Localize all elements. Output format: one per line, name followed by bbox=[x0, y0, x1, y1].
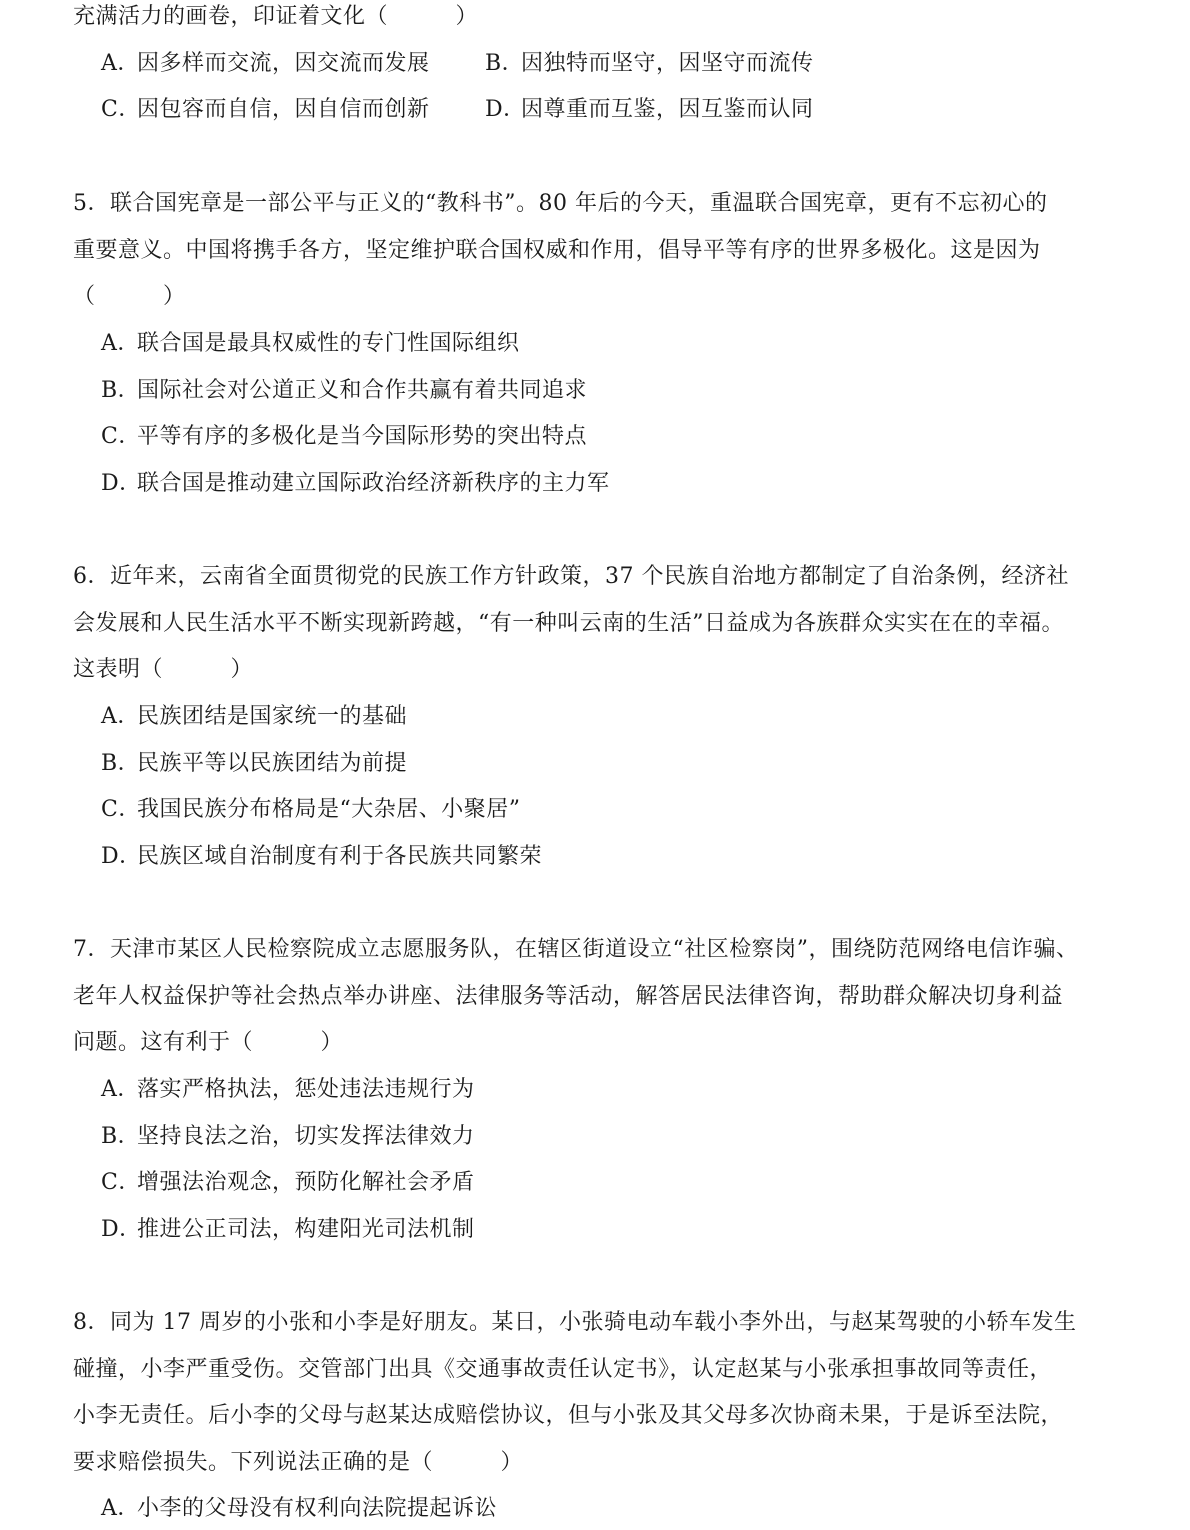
option-text: 联合国是最具权威性的专门性国际组织 bbox=[137, 331, 520, 356]
q6-stem-line-1: 6．近年来，云南省全面贯彻党的民族工作方针政策，37 个民族自治地方都制定了自治… bbox=[73, 562, 1069, 592]
q7-stem-line-3: 问题。这有利于（ ） bbox=[73, 1028, 343, 1058]
option-letter: D． bbox=[101, 842, 137, 872]
q5-option-d[interactable]: D．联合国是推动建立国际政治经济新秩序的主力军 bbox=[101, 469, 610, 499]
q7-option-a[interactable]: A．落实严格执法，惩处违法违规行为 bbox=[101, 1075, 475, 1105]
option-text: 落实严格执法，惩处违法违规行为 bbox=[137, 1077, 475, 1102]
q4-option-d[interactable]: D．因尊重而互鉴，因互鉴而认同 bbox=[485, 95, 814, 125]
q6-option-a[interactable]: A．民族团结是国家统一的基础 bbox=[101, 702, 407, 732]
q5-answer-blank: （ ） bbox=[73, 282, 186, 312]
option-text: 因独特而坚守，因坚守而流传 bbox=[521, 51, 814, 76]
q7-option-c[interactable]: C．增强法治观念，预防化解社会矛盾 bbox=[101, 1168, 475, 1198]
option-text: 推进公正司法，构建阳光司法机制 bbox=[137, 1217, 475, 1242]
q5-option-a[interactable]: A．联合国是最具权威性的专门性国际组织 bbox=[101, 329, 520, 359]
q4-option-c[interactable]: C．因包容而自信，因自信而创新 bbox=[101, 95, 430, 125]
q5-stem-line-2: 重要意义。中国将携手各方，坚定维护联合国权威和作用，倡导平等有序的世界多极化。这… bbox=[73, 236, 1041, 266]
q6-option-b[interactable]: B．民族平等以民族团结为前提 bbox=[101, 749, 407, 779]
option-text: 民族平等以民族团结为前提 bbox=[137, 751, 407, 776]
option-letter: B． bbox=[101, 376, 137, 406]
option-letter: C． bbox=[101, 1168, 137, 1198]
option-letter: D． bbox=[101, 469, 137, 499]
option-letter: B． bbox=[101, 1122, 137, 1152]
option-text: 我国民族分布格局是“大杂居、小聚居” bbox=[137, 797, 521, 822]
q7-stem-line-1: 7．天津市某区人民检察院成立志愿服务队，在辖区街道设立“社区检察岗”，围绕防范网… bbox=[73, 935, 1079, 965]
option-text: 平等有序的多极化是当今国际形势的突出特点 bbox=[137, 424, 587, 449]
option-letter: A． bbox=[101, 702, 137, 732]
q5-option-c[interactable]: C．平等有序的多极化是当今国际形势的突出特点 bbox=[101, 422, 587, 452]
option-letter: B． bbox=[101, 749, 137, 779]
option-text: 小李的父母没有权利向法院提起诉讼 bbox=[137, 1496, 497, 1521]
q5-option-b[interactable]: B．国际社会对公道正义和合作共赢有着共同追求 bbox=[101, 376, 587, 406]
q4-stem-tail: 充满活力的画卷，印证着文化（ ） bbox=[73, 2, 478, 32]
q8-stem-line-4: 要求赔偿损失。下列说法正确的是（ ） bbox=[73, 1448, 523, 1478]
option-text: 因多样而交流，因交流而发展 bbox=[137, 51, 430, 76]
option-letter: A． bbox=[101, 1075, 137, 1105]
q6-option-d[interactable]: D．民族区域自治制度有利于各民族共同繁荣 bbox=[101, 842, 542, 872]
option-text: 联合国是推动建立国际政治经济新秩序的主力军 bbox=[137, 471, 610, 496]
option-letter: B． bbox=[485, 49, 521, 79]
q6-option-c[interactable]: C．我国民族分布格局是“大杂居、小聚居” bbox=[101, 795, 521, 825]
q7-option-b[interactable]: B．坚持良法之治，切实发挥法律效力 bbox=[101, 1122, 475, 1152]
q7-stem-line-2: 老年人权益保护等社会热点举办讲座、法律服务等活动，解答居民法律咨询，帮助群众解决… bbox=[73, 982, 1063, 1012]
option-text: 民族区域自治制度有利于各民族共同繁荣 bbox=[137, 844, 542, 869]
exam-page: 充满活力的画卷，印证着文化（ ） A．因多样而交流，因交流而发展 B．因独特而坚… bbox=[0, 0, 1190, 1530]
q8-stem-line-2: 碰撞，小李严重受伤。交管部门出具《交通事故责任认定书》，认定赵某与小张承担事故同… bbox=[73, 1355, 1052, 1385]
q6-stem-line-2: 会发展和人民生活水平不断实现新跨越，“有一种叫云南的生活”日益成为各族群众实实在… bbox=[73, 609, 1064, 639]
q8-stem-line-1: 8．同为 17 周岁的小张和小李是好朋友。某日，小张骑电动车载小李外出，与赵某驾… bbox=[73, 1308, 1076, 1338]
option-text: 增强法治观念，预防化解社会矛盾 bbox=[137, 1170, 475, 1195]
option-text: 坚持良法之治，切实发挥法律效力 bbox=[137, 1124, 475, 1149]
q7-option-d[interactable]: D．推进公正司法，构建阳光司法机制 bbox=[101, 1215, 475, 1245]
option-letter: D． bbox=[101, 1215, 137, 1245]
option-text: 民族团结是国家统一的基础 bbox=[137, 704, 407, 729]
q5-stem-line-1: 5．联合国宪章是一部公平与正义的“教科书”。80 年后的今天，重温联合国宪章，更… bbox=[73, 189, 1047, 219]
option-letter: A． bbox=[101, 1494, 137, 1524]
q4-option-b[interactable]: B．因独特而坚守，因坚守而流传 bbox=[485, 49, 814, 79]
q6-stem-line-3: 这表明（ ） bbox=[73, 655, 253, 685]
q4-option-a[interactable]: A．因多样而交流，因交流而发展 bbox=[101, 49, 430, 79]
option-letter: C． bbox=[101, 795, 137, 825]
option-letter: A． bbox=[101, 49, 137, 79]
option-letter: D． bbox=[485, 95, 521, 125]
option-text: 因尊重而互鉴，因互鉴而认同 bbox=[521, 97, 814, 122]
option-letter: A． bbox=[101, 329, 137, 359]
option-letter: C． bbox=[101, 422, 137, 452]
q8-stem-line-3: 小李无责任。后小李的父母与赵某达成赔偿协议，但与小张及其父母多次协商未果，于是诉… bbox=[73, 1401, 1063, 1431]
q8-option-a[interactable]: A．小李的父母没有权利向法院提起诉讼 bbox=[101, 1494, 497, 1524]
option-letter: C． bbox=[101, 95, 137, 125]
option-text: 国际社会对公道正义和合作共赢有着共同追求 bbox=[137, 378, 587, 403]
option-text: 因包容而自信，因自信而创新 bbox=[137, 97, 430, 122]
